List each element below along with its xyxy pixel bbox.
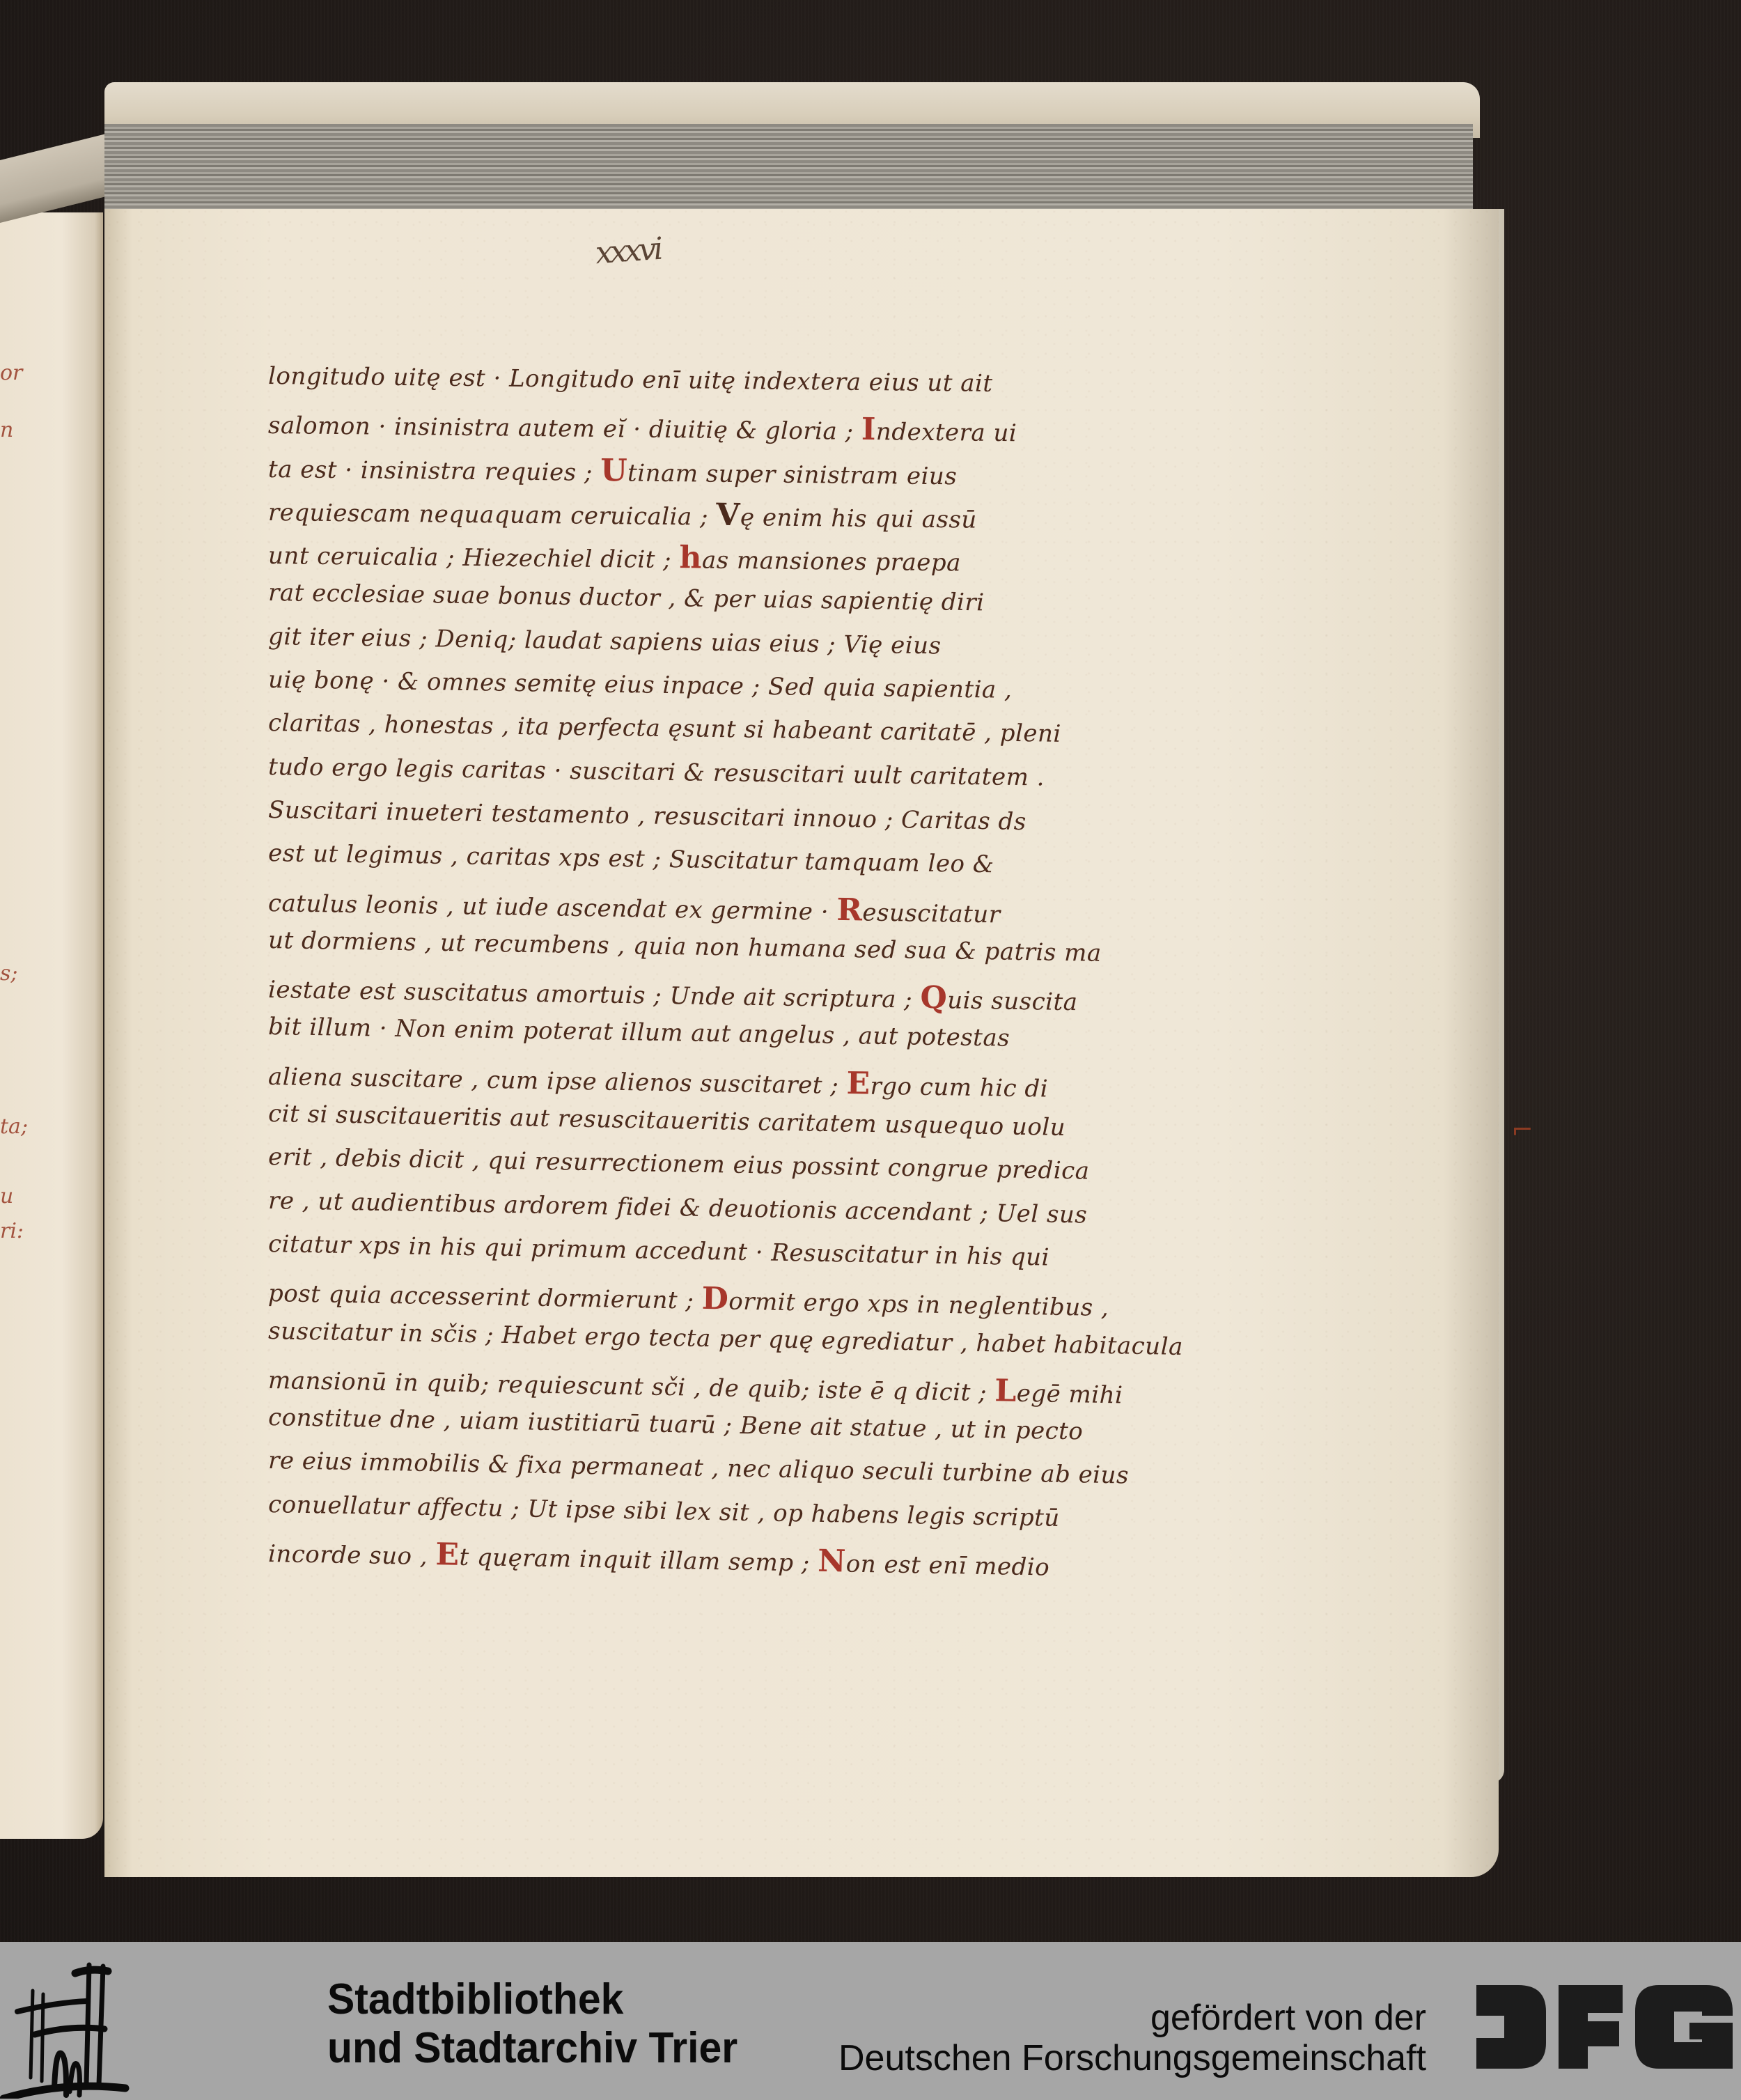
line-text: t quęram inquit illam semp ; [459, 1543, 818, 1578]
line-text: ormit ergo xps in neglentibus , [728, 1288, 1109, 1323]
institution-name-line2: und Stadtarchiv Trier [327, 2024, 737, 2073]
left-page-text-fragment: s; [0, 961, 18, 986]
rubricated-initial: N [818, 1543, 847, 1580]
rubricated-initial: E [846, 1066, 870, 1102]
line-text: iestate est suscitatus amortuis ; Unde a… [268, 976, 921, 1014]
rubricated-initial: V [716, 497, 740, 533]
line-text: egē mihi [1016, 1380, 1123, 1410]
folio-number: xxxvi [594, 231, 662, 271]
line-text: ndextera ui [876, 418, 1017, 447]
left-page-text-fragment: u [0, 1184, 13, 1208]
rubricated-initial: Q [920, 980, 948, 1016]
funding-statement-line2: Deutschen Forschungsgemeinschaft [838, 2038, 1426, 2078]
manuscript-text-block: longitudo uitę est · Longitudo enī uitę … [268, 362, 1243, 1577]
left-page-text-fragment: n [0, 418, 13, 442]
left-page-text-fragment: ri: [0, 1219, 24, 1243]
rubricated-initial: D [701, 1281, 729, 1317]
institution-name: Stadtbibliothek und Stadtarchiv Trier [327, 1975, 737, 2073]
funding-statement-line1: gefördert von der [838, 1998, 1426, 2038]
rubricated-initial: R [836, 892, 863, 928]
line-text: unt ceruicalia ; Hiezechiel dicit ; [268, 542, 680, 574]
trier-library-logo-icon [0, 1952, 132, 2099]
margin-annotation-mark: ⌐ [1511, 1114, 1533, 1145]
rubricated-initial: I [861, 412, 877, 447]
institution-name-line1: Stadtbibliothek [327, 1975, 737, 2024]
line-text: ę enim his qui assū [740, 504, 977, 534]
rubricated-initial: L [994, 1373, 1017, 1409]
dfg-logo-icon [1476, 1984, 1741, 2071]
line-text: rgo cum hic di [870, 1072, 1048, 1103]
line-text: ta est · insinistra requies ; [268, 456, 601, 487]
left-page-text-fragment: or [0, 361, 22, 385]
rubricated-initial: h [679, 540, 702, 575]
line-text: mansionū in quib; requiescunt sči , de q… [268, 1367, 995, 1407]
line-text: salomon · insinistra autem eĭ · diuitię … [268, 412, 861, 446]
line-text: on est enī medio [845, 1550, 1049, 1582]
line-text: incorde suo , [268, 1540, 436, 1571]
line-text: esuscitatur [862, 899, 1001, 928]
rubricated-initial: U [600, 453, 627, 488]
line-text: catulus leonis , ut iude ascendat ex ger… [268, 889, 837, 926]
line-text: aliena suscitare , cum ipse alienos susc… [268, 1063, 847, 1100]
rubricated-initial: E [435, 1537, 460, 1573]
funding-statement: gefördert von der Deutschen Forschungsge… [838, 1998, 1426, 2078]
page-edges-stack [104, 124, 1473, 213]
line-text: tinam super sinistram eius [627, 459, 958, 490]
footer-band: Stadtbibliothek und Stadtarchiv Trier ge… [0, 1942, 1741, 2100]
line-text: post quia accesserint dormierunt ; [268, 1280, 702, 1315]
line-text: as mansiones praepa [702, 547, 961, 577]
line-text: longitudo uitę est · Longitudo enī uitę … [268, 362, 993, 398]
left-page-fragment [0, 212, 103, 1839]
line-text: uis suscita [947, 986, 1078, 1016]
left-page-text-fragment: ta; [0, 1114, 28, 1139]
line-text: requiescam nequaquam ceruicalia ; [268, 499, 717, 531]
